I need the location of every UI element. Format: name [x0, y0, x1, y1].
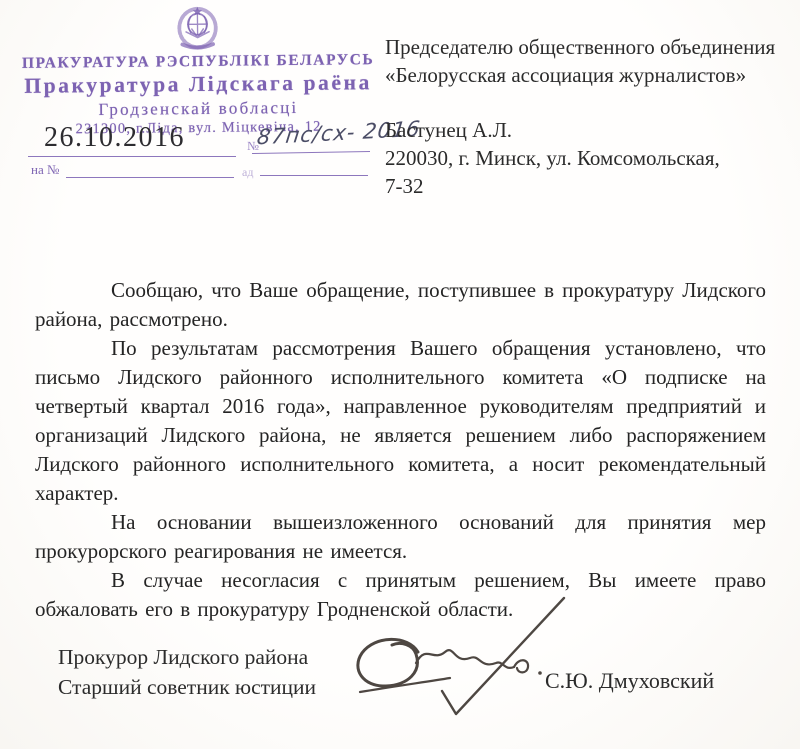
org-name-line1: ПРАКУРАТУРА РЭСПУБЛІКІ БЕЛАРУСЬ: [22, 51, 374, 73]
recipient-block: Председателю общественного объединения «…: [385, 33, 787, 200]
number-underline: [252, 151, 370, 154]
signatory-position-line2: Старший советник юстиции: [58, 672, 316, 702]
handwritten-signature-icon: [330, 586, 572, 728]
org-region-line: Гродзенскай вобласці: [22, 97, 374, 121]
reply-number-underline: [66, 177, 234, 178]
letterhead-stamp: ПРАКУРАТУРА РЭСПУБЛІКІ БЕЛАРУСЬ Пракурат…: [21, 3, 374, 139]
org-name-line2: Пракуратура Лідскага раёна: [22, 70, 374, 99]
signatory-name: С.Ю. Дмуховский: [545, 668, 714, 694]
outgoing-date: 26.10.2016: [44, 122, 185, 154]
body-paragraph: На основании вышеизложенного оснований д…: [35, 508, 766, 566]
signatory-position: Прокурор Лидского района Старший советни…: [58, 642, 316, 702]
scanned-letter-page: ПРАКУРАТУРА РЭСПУБЛІКІ БЕЛАРУСЬ Пракурат…: [0, 0, 800, 749]
body-paragraph: Сообщаю, что Ваше обращение, поступившее…: [35, 276, 766, 334]
belarus-coat-of-arms-icon: [168, 5, 226, 52]
recipient-address-line2: 7-32: [385, 172, 787, 200]
letter-body: Сообщаю, что Ваше обращение, поступившее…: [35, 276, 766, 624]
recipient-organization: Председателю общественного объединения «…: [385, 33, 787, 89]
date-underline: [28, 156, 236, 157]
reply-number-label: на №: [31, 162, 59, 178]
reply-date-underline: [260, 175, 368, 176]
recipient-address-line1: 220030, г. Минск, ул. Комсомольская,: [385, 144, 787, 172]
signatory-position-line1: Прокурор Лидского района: [58, 642, 316, 672]
body-paragraph: По результатам рассмотрения Вашего обращ…: [35, 334, 766, 508]
reply-date-label: ад: [242, 165, 253, 180]
recipient-name: Бастунец А.Л.: [385, 116, 787, 144]
